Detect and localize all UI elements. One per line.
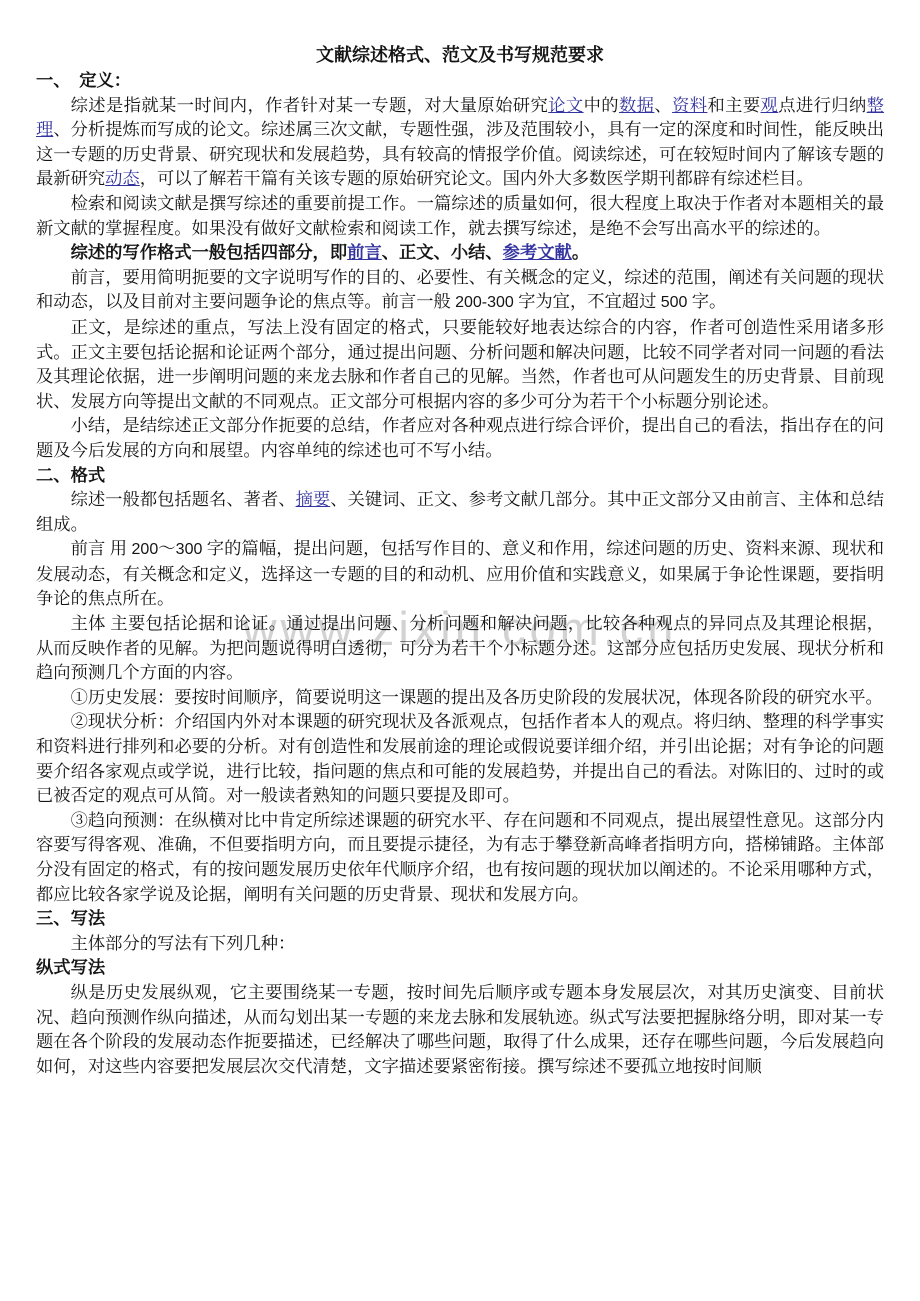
text-run: 综述一般都包括题名、著者、	[71, 490, 296, 509]
heading-vertical-writing: 纵式写法	[36, 956, 884, 981]
text-run: 500	[661, 294, 688, 311]
text-run: 点进行归纳	[778, 96, 866, 115]
paragraph-zhengwen: 正文，是综述的重点，写法上没有固定的格式，只要能较好地表达综合的内容，作者可创造…	[36, 316, 884, 414]
paragraph-zhuti: 主体 主要包括论据和论证。通过提出问题、分析问题和解决问题，比较各种观点的异同点…	[36, 612, 884, 686]
text-run: 中的	[584, 96, 619, 115]
paragraph-overview: 综述是指就某一时间内，作者针对某一专题，对大量原始研究论文中的数据、资料和主要观…	[36, 94, 884, 192]
text-run: 主体 主要包括论据和论证。通过提出问题、分析问题和解决问题，比较各种观点的异同点…	[36, 614, 884, 682]
text-run: 、	[654, 96, 672, 115]
paragraph-qianyan: 前言，要用简明扼要的文字说明写作的目的、必要性、有关概念的定义，综述的范围，阐述…	[36, 266, 884, 316]
paragraph-qianyan-length: 前言 用 200～300 字的篇幅，提出问题，包括写作目的、意义和作用，综述问题…	[36, 537, 884, 612]
heading-format: 二、格式	[36, 464, 884, 489]
text-run: 正文，是综述的重点，写法上没有固定的格式，只要能较好地表达综合的内容，作者可创造…	[36, 318, 884, 411]
paragraph-history-development: ①历史发展：要按时间顺序，简要说明这一课题的提出及各历史阶段的发展状况，体现各阶…	[36, 686, 884, 711]
text-run: 二、格式	[36, 466, 105, 485]
link-qianyan[interactable]: 前言	[347, 243, 382, 262]
text-run: 、正文、小结、	[382, 243, 503, 262]
text-run: 前言 用	[71, 539, 132, 558]
heading-writing: 三、写法	[36, 907, 884, 932]
link-cankao-wenxian[interactable]: 参考文献	[503, 243, 572, 262]
text-run: 综述的写作格式一般包括四部分，即	[71, 243, 348, 262]
text-run: 300	[176, 541, 203, 558]
text-run: 字。	[687, 292, 726, 311]
heading-definition: 一、 定义：	[36, 69, 884, 94]
paragraph-writing-methods: 主体部分的写法有下列几种：	[36, 932, 884, 957]
document-blocks: 一、 定义：综述是指就某一时间内，作者针对某一专题，对大量原始研究论文中的数据、…	[36, 69, 884, 1079]
text-run: 纵是历史发展纵观，它主要围绕某一专题，按时间先后顺序或专题本身发展层次，对其历史…	[36, 983, 884, 1076]
text-run: 综述是指就某一时间内，作者针对某一专题，对大量原始研究	[71, 96, 549, 115]
document-content: 文献综述格式、范文及书写规范要求 一、 定义：综述是指就某一时间内，作者针对某一…	[0, 0, 920, 1079]
text-run: ②现状分析：介绍国内外对本课题的研究现状及各派观点，包括作者本人的观点。将归纳、…	[36, 712, 884, 805]
paragraph-components: 综述一般都包括题名、著者、摘要、关键词、正文、参考文献几部分。其中正文部分又由前…	[36, 488, 884, 537]
document-title: 文献综述格式、范文及书写规范要求	[36, 42, 884, 68]
text-run: ～	[158, 539, 175, 558]
paragraph-vertical-writing: 纵是历史发展纵观，它主要围绕某一专题，按时间先后顺序或专题本身发展层次，对其历史…	[36, 981, 884, 1079]
text-run: 和主要	[707, 96, 760, 115]
text-run: 字为宜，不宜超过	[514, 292, 661, 311]
text-run: 一、 定义：	[36, 71, 131, 90]
text-run: 纵式写法	[36, 958, 105, 977]
text-run: 主体部分的写法有下列几种：	[71, 934, 296, 953]
text-run: ③趋向预测：在纵横对比中肯定所综述课题的研究水平、存在问题和不同观点，提出展望性…	[36, 811, 884, 904]
paragraph-trend-forecast: ③趋向预测：在纵横对比中肯定所综述课题的研究水平、存在问题和不同观点，提出展望性…	[36, 809, 884, 907]
paragraph-four-parts: 综述的写作格式一般包括四部分，即前言、正文、小结、参考文献。	[36, 241, 884, 266]
link-shuju[interactable]: 数据	[619, 96, 654, 115]
text-run: 。	[572, 243, 589, 262]
link-guan[interactable]: 观	[761, 96, 779, 115]
text-run: ①历史发展：要按时间顺序，简要说明这一课题的提出及各历史阶段的发展状况，体现各阶…	[71, 688, 883, 707]
paragraph-xiaojie: 小结，是结综述正文部分作扼要的总结，作者应对各种观点进行综合评价，提出自己的看法…	[36, 414, 884, 463]
text-run: ，可以了解若干篇有关该专题的原始研究论文。国内外大多数医学期刊都辟有综述栏目。	[140, 169, 814, 188]
paragraph-status-analysis: ②现状分析：介绍国内外对本课题的研究现状及各派观点，包括作者本人的观点。将归纳、…	[36, 710, 884, 808]
link-dongtai[interactable]: 动态	[105, 169, 140, 188]
link-ziliao[interactable]: 资料	[672, 96, 707, 115]
link-zhaiyao[interactable]: 摘要	[296, 490, 331, 509]
paragraph-retrieval: 检索和阅读文献是撰写综述的重要前提工作。一篇综述的质量如何，很大程度上取决于作者…	[36, 192, 884, 241]
text-run: 检索和阅读文献是撰写综述的重要前提工作。一篇综述的质量如何，很大程度上取决于作者…	[36, 194, 884, 238]
text-run: 小结，是结综述正文部分作扼要的总结，作者应对各种观点进行综合评价，提出自己的看法…	[36, 416, 884, 460]
text-run: 200-300	[455, 294, 514, 311]
document-page: www.zixin.com.cn 文献综述格式、范文及书写规范要求 一、 定义：…	[0, 0, 920, 1301]
link-lunwen[interactable]: 论文	[548, 96, 583, 115]
text-run: 三、写法	[36, 909, 105, 928]
text-run: 200	[132, 541, 159, 558]
